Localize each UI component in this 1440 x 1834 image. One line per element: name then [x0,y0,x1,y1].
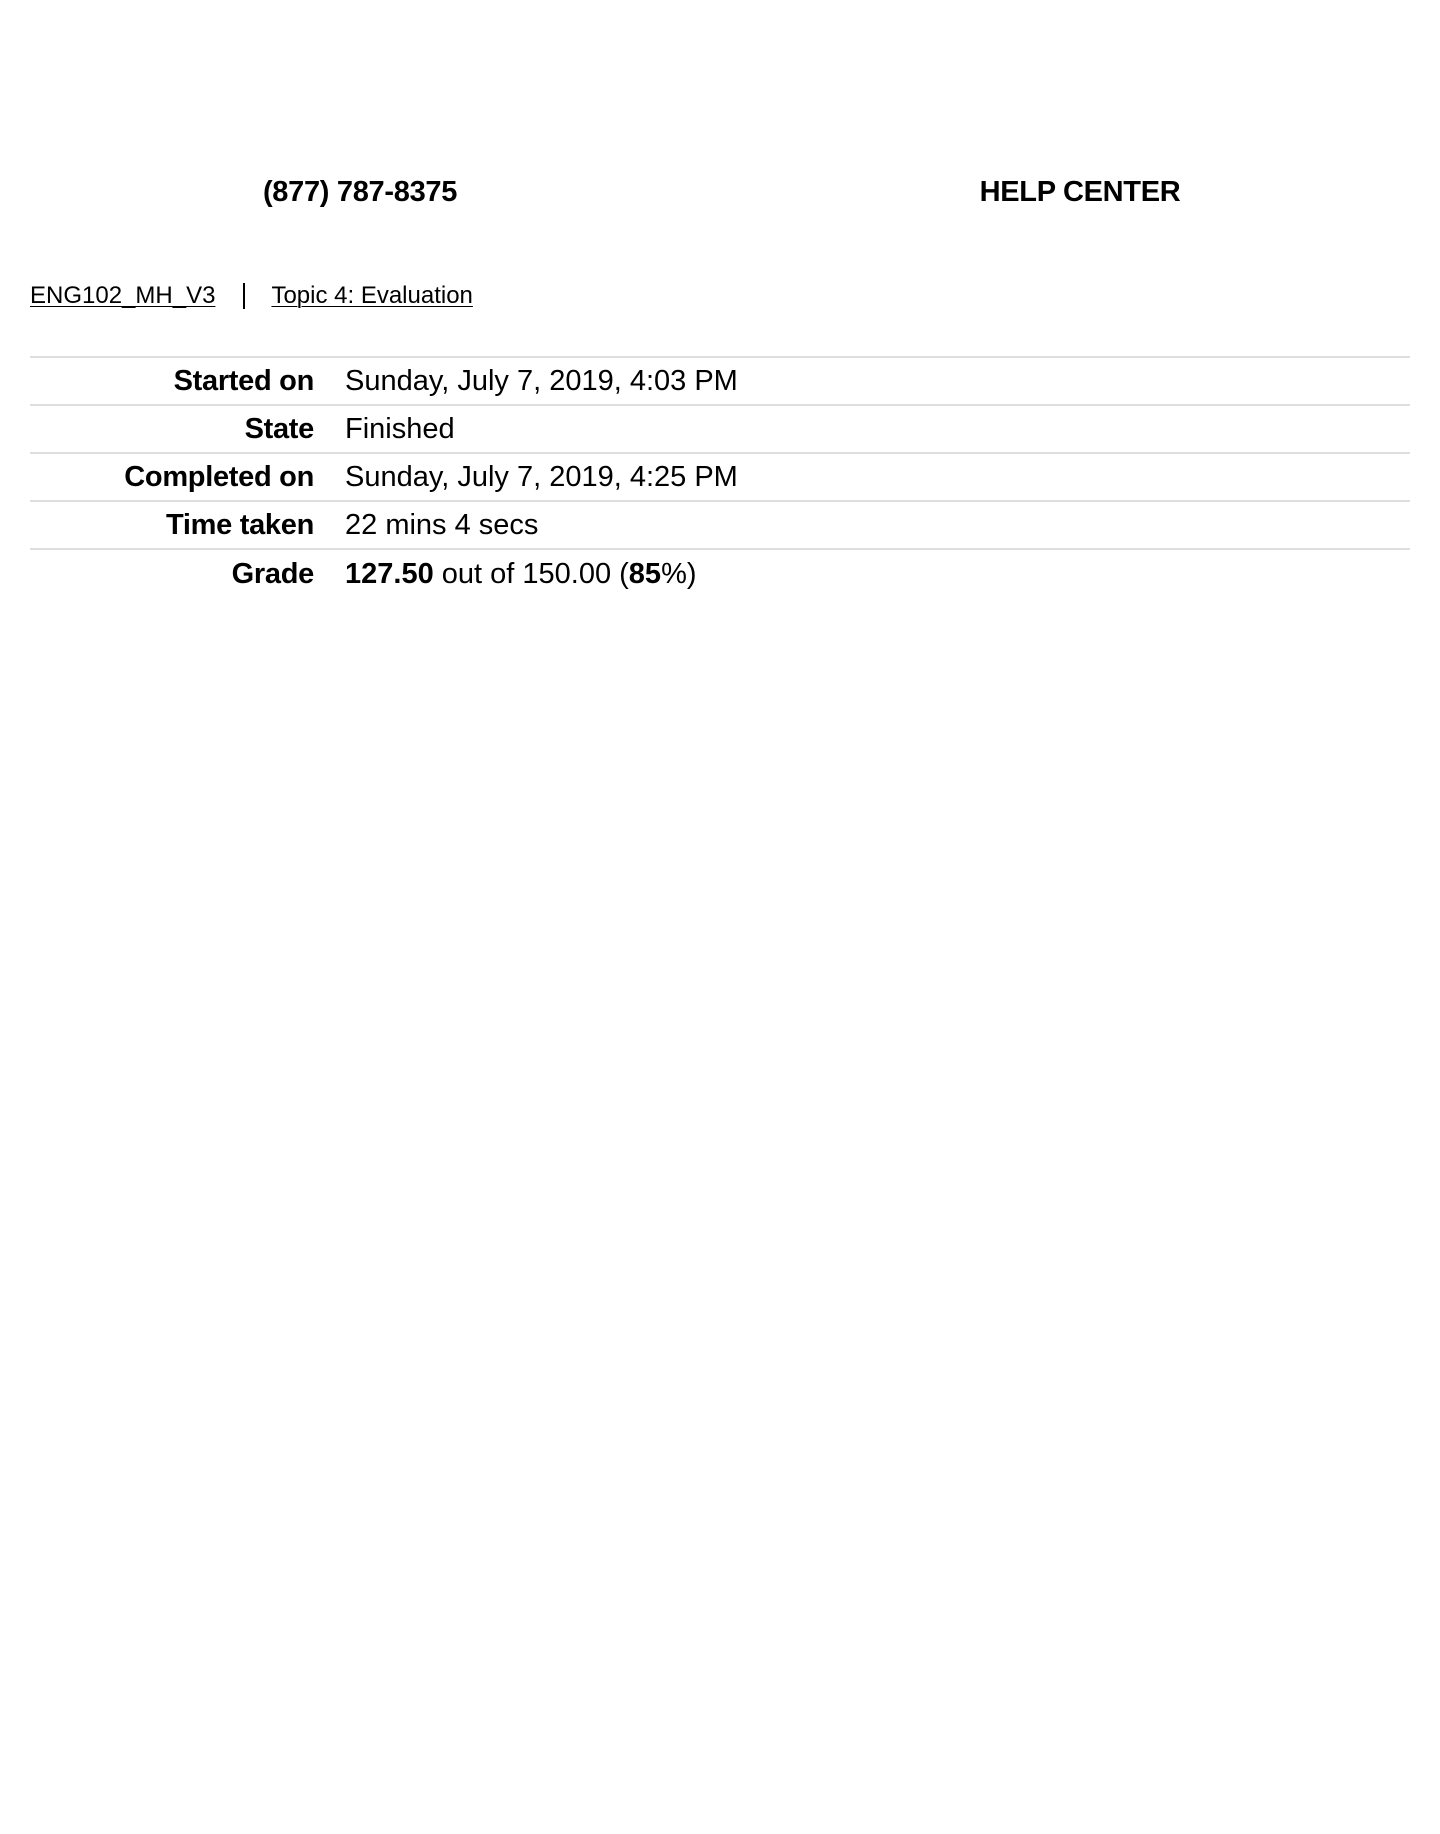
summary-label: Time taken [30,501,314,549]
breadcrumb-course-link[interactable]: ENG102_MH_V3 [30,281,215,311]
breadcrumb-separator [243,283,245,309]
breadcrumb-topic-link[interactable]: Topic 4: Evaluation [271,281,472,311]
summary-label: Completed on [30,453,314,501]
summary-value: Sunday, July 7, 2019, 4:03 PM [314,357,1410,405]
summary-row-state: State Finished [30,405,1410,453]
summary-value: 22 mins 4 secs [314,501,1410,549]
grade-out-of: out of 150.00 ( [434,558,629,590]
summary-row-time-taken: Time taken 22 mins 4 secs [30,501,1410,549]
grade-percent: 85 [629,558,661,590]
summary-label: Started on [30,357,314,405]
help-center-link[interactable]: HELP CENTER [720,174,1440,210]
summary-value: Sunday, July 7, 2019, 4:25 PM [314,453,1410,501]
summary-value: Finished [314,405,1410,453]
help-phone-number[interactable]: (877) 787-8375 [0,174,720,210]
summary-label: Grade [30,549,314,597]
breadcrumb: ENG102_MH_V3 Topic 4: Evaluation [30,281,473,311]
quiz-attempt-summary: Started on Sunday, July 7, 2019, 4:03 PM… [30,356,1410,597]
summary-row-started-on: Started on Sunday, July 7, 2019, 4:03 PM [30,357,1410,405]
grade-score: 127.50 [345,558,434,590]
grade-percent-suffix: %) [661,558,696,590]
grade-value: 127.50 out of 150.00 (85%) [314,549,1410,597]
summary-row-grade: Grade 127.50 out of 150.00 (85%) [30,549,1410,597]
summary-label: State [30,405,314,453]
summary-row-completed-on: Completed on Sunday, July 7, 2019, 4:25 … [30,453,1410,501]
